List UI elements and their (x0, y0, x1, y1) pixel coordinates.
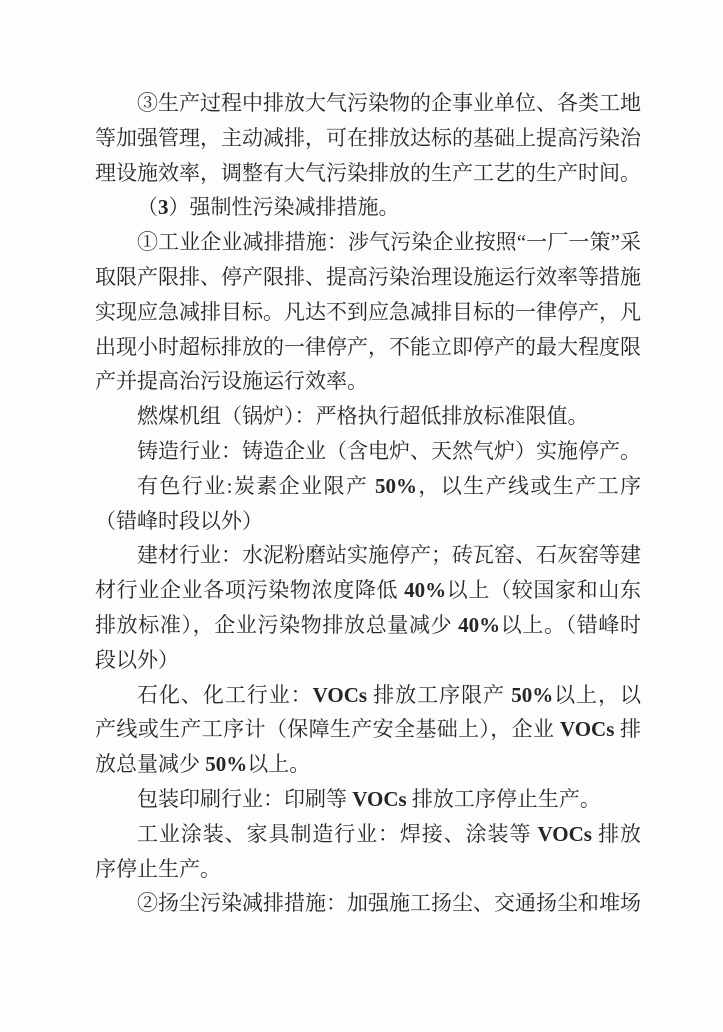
text-run: 产并提高治污设施运行效率。 (95, 369, 368, 393)
document-text-block: ③生产过程中排放大气污染物的企事业单位、各类工地等加强管理，主动减排，可在排放达… (95, 86, 641, 921)
emphasized-text-run: VOCs (313, 683, 367, 707)
text-run: 材行业企业各项污染物浓度降低 (95, 578, 404, 602)
text-run: （ (137, 195, 158, 219)
text-line: 铸造行业：铸造企业（含电炉、天然气炉）实施停产。 (95, 434, 641, 469)
emphasized-text-run: 3 (158, 195, 169, 219)
text-run: 理设施效率，调整有大气污染排放的生产工艺的生产时间。 (95, 161, 641, 185)
emphasized-text-run: 50% (511, 683, 553, 707)
text-run: （错峰时段以外） (95, 509, 263, 533)
text-run: 序停止生产。 (95, 857, 221, 881)
text-run: 放总量减少 (95, 752, 205, 776)
text-run: 有色行业:炭素企业限产 (137, 474, 375, 498)
text-run: 取限产限排、停产限排、提高污染治理设施运行效率等措施 (95, 265, 641, 289)
emphasized-text-run: 40% (458, 613, 500, 637)
text-line: 有色行业:炭素企业限产 50%，以生产线或生产工序计。 (95, 469, 641, 504)
text-run: ）强制性污染减排措施。 (169, 195, 400, 219)
text-line: 出现小时超标排放的一律停产，不能立即停产的最大程度限 (95, 330, 641, 365)
text-run: 以上。 (247, 752, 310, 776)
text-line: 燃煤机组（锅炉）：严格执行超低排放标准限值。 (95, 399, 641, 434)
text-run: 产线或生产工序计（保障生产安全基础上），企业 (95, 717, 560, 741)
emphasized-text-run: VOCs (538, 822, 592, 846)
text-line: 产线或生产工序计（保障生产安全基础上），企业 VOCs 排 (95, 712, 641, 747)
text-run: 建材行业：水泥粉磨站实施停产；砖瓦窑、石灰窑等建 (137, 543, 641, 567)
document-page: ③生产过程中排放大气污染物的企事业单位、各类工地等加强管理，主动减排，可在排放达… (0, 0, 723, 1032)
text-line: ③生产过程中排放大气污染物的企事业单位、各类工地 (95, 86, 641, 121)
emphasized-text-run: VOCs (352, 787, 406, 811)
text-run: 排放标准），企业污染物排放总量减少 (95, 613, 458, 637)
text-run: 石化、化工行业： (137, 683, 313, 707)
text-run: 包装印刷行业：印刷等 (137, 787, 352, 811)
text-line: ①工业企业减排措施：涉气污染企业按照“一厂一策”采 (95, 225, 641, 260)
text-line: 放总量减少 50%以上。 (95, 747, 641, 782)
text-run: 排放工序停止生产。 (407, 787, 601, 811)
text-run: 排 (614, 717, 641, 741)
text-line: 材行业企业各项污染物浓度降低 40%以上（较国家和山东省 (95, 573, 641, 608)
text-line: 取限产限排、停产限排、提高污染治理设施运行效率等措施 (95, 260, 641, 295)
text-line: 包装印刷行业：印刷等 VOCs 排放工序停止生产。 (95, 782, 641, 817)
text-line: 理设施效率，调整有大气污染排放的生产工艺的生产时间。 (95, 156, 641, 191)
text-line: 建材行业：水泥粉磨站实施停产；砖瓦窑、石灰窑等建 (95, 538, 641, 573)
text-line: 石化、化工行业：VOCs 排放工序限产 50%以上，以生 (95, 678, 641, 713)
text-line: （错峰时段以外） (95, 504, 641, 539)
text-run: 工业涂装、家具制造行业：焊接、涂装等 (137, 822, 538, 846)
text-run: 铸造行业：铸造企业（含电炉、天然气炉）实施停产。 (137, 439, 641, 463)
text-run: 段以外） (95, 648, 179, 672)
text-run: 实现应急减排目标。凡达不到应急减排目标的一律停产，凡 (95, 300, 641, 324)
text-run: 排放工序限产 (367, 683, 511, 707)
text-line: （3）强制性污染减排措施。 (95, 190, 641, 225)
emphasized-text-run: 50% (375, 474, 417, 498)
text-line: 排放标准），企业污染物排放总量减少 40%以上。（错峰时 (95, 608, 641, 643)
text-line: 等加强管理，主动减排，可在排放达标的基础上提高污染治 (95, 121, 641, 156)
text-run: ①工业企业减排措施：涉气污染企业按照“一厂一策”采 (137, 230, 641, 254)
text-line: ②扬尘污染减排措施：加强施工扬尘、交通扬尘和堆场 (95, 886, 641, 921)
text-line: 实现应急减排目标。凡达不到应急减排目标的一律停产，凡 (95, 295, 641, 330)
text-run: ③生产过程中排放大气污染物的企事业单位、各类工地 (137, 91, 641, 115)
text-run: 以上。（错峰时 (500, 613, 641, 637)
text-line: 段以外） (95, 643, 641, 678)
text-run: 出现小时超标排放的一律停产，不能立即停产的最大程度限 (95, 335, 641, 359)
text-run: 燃煤机组（锅炉）：严格执行超低排放标准限值。 (137, 404, 589, 428)
text-run: ②扬尘污染减排措施：加强施工扬尘、交通扬尘和堆场 (137, 891, 641, 915)
emphasized-text-run: VOCs (560, 717, 614, 741)
text-line: 工业涂装、家具制造行业：焊接、涂装等 VOCs 排放工 (95, 817, 641, 852)
emphasized-text-run: 50% (205, 752, 247, 776)
text-line: 产并提高治污设施运行效率。 (95, 364, 641, 399)
emphasized-text-run: 40% (404, 578, 446, 602)
text-run: 等加强管理，主动减排，可在排放达标的基础上提高污染治 (95, 126, 641, 150)
text-line: 序停止生产。 (95, 852, 641, 887)
